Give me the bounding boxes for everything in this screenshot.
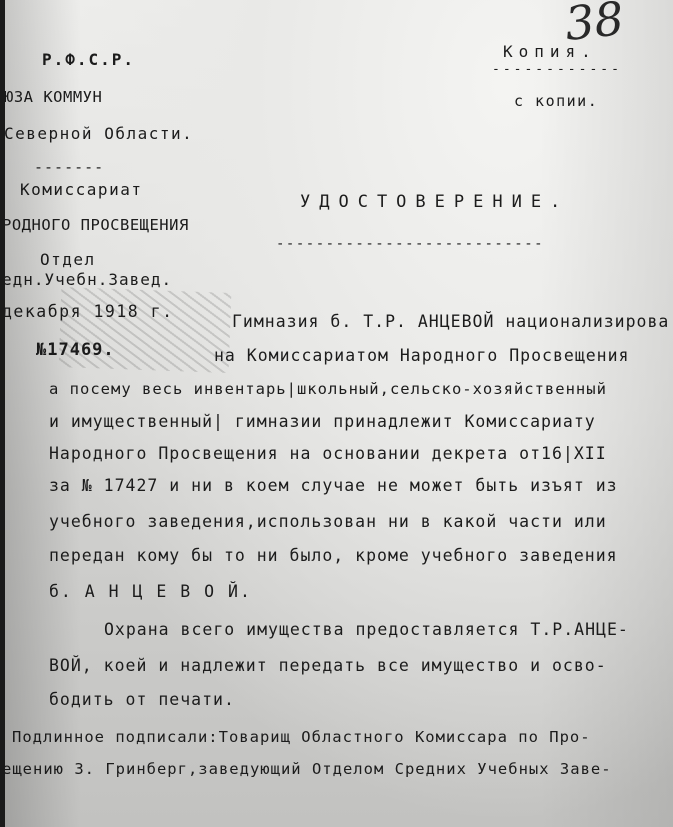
document-title: УДОСТОВЕРЕНИЕ.: [300, 192, 569, 212]
document-date: декабря 1918 г.: [2, 302, 174, 321]
title-underline: ---------------------------: [276, 236, 544, 252]
signature-line-1: Подлинное подписали:Товарищ Областного К…: [12, 728, 591, 746]
document-number: №17469.: [36, 340, 115, 360]
body-line-3: а посему весь инвентарь|школьный,сельско…: [49, 380, 607, 398]
paragraph2-line-1: Охрана всего имущества предоставляется Т…: [104, 620, 629, 639]
body-line-8: передан кому бы то ни было, кроме учебно…: [49, 546, 618, 565]
paragraph2-line-3: бодить от печати.: [49, 690, 235, 709]
body-line-7: учебного заведения,использован ни в како…: [49, 512, 607, 531]
body-line-9: б. А Н Ц Е В О Й.: [49, 582, 252, 601]
header-rsfsr: Р.Ф.С.Р.: [42, 50, 135, 69]
copy-label: Копия.: [503, 42, 597, 61]
header-union-communes: ЮЗА КОММУН: [4, 88, 102, 106]
header-commissariat: Комиссариат: [20, 180, 142, 199]
paragraph2-line-2: ВОЙ, коей и надлежит передать все имущес…: [49, 656, 607, 675]
copy-of-copy: с копии.: [514, 92, 598, 110]
signature-line-2: ещению З. Гринберг,заведующий Отделом Ср…: [2, 760, 612, 778]
header-dept-name: едн.Учебн.Завед.: [2, 270, 172, 289]
body-line-1: Гимназия б. Т.Р. АНЦЕВОЙ национализирова: [232, 312, 669, 331]
scan-edge: [0, 0, 5, 827]
stamp-smear: [59, 287, 232, 373]
body-line-5: Народного Просвещения на основании декре…: [49, 444, 607, 463]
header-northern-region: Северной Области.: [4, 124, 193, 143]
body-line-4: и имущественный| гимназии принадлежит Ко…: [49, 412, 596, 431]
header-public-education: РОДНОГО ПРОСВЕЩЕНИЯ: [2, 216, 189, 234]
header-department: Отдел: [40, 250, 96, 269]
copy-underline: ------------: [492, 62, 622, 77]
header-divider: -------: [34, 158, 104, 176]
body-line-6: за № 17427 и ни в коем случае не может б…: [49, 476, 618, 495]
document-page: 38 Р.Ф.С.Р. ЮЗА КОММУН Северной Области.…: [0, 0, 673, 827]
body-line-2: на Комиссариатом Народного Просвещения: [214, 346, 630, 365]
